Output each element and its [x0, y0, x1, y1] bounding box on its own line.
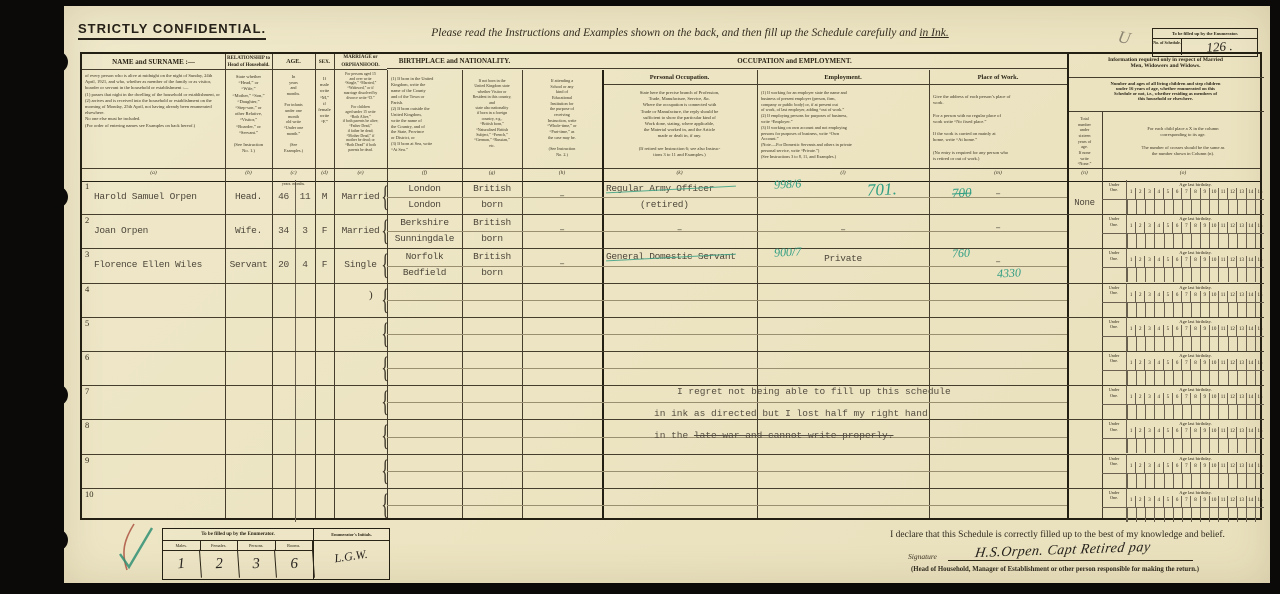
enumerator-count-value: 6 [275, 550, 314, 581]
age-grid-cell [1191, 439, 1200, 453]
age-grid-cell [1182, 474, 1191, 488]
row-divider-line [82, 214, 1264, 215]
age-grid-cell [1136, 371, 1145, 385]
age-grid-number: 15 [1255, 393, 1264, 404]
age-grid-cell [1255, 439, 1264, 453]
place-of-work-entry: – [929, 222, 1067, 233]
age-grid-cell [1164, 234, 1173, 248]
age-grid-number: 10 [1209, 462, 1218, 473]
age-grid-cell [1127, 439, 1136, 453]
age-years-entry: 34 [272, 225, 295, 236]
relationship-entry: Head. [225, 191, 272, 202]
age-grid-number: 2 [1135, 325, 1144, 336]
age-years-entry: 46 [272, 191, 295, 202]
age-grid-number: 2 [1135, 427, 1144, 438]
age-grid-number: 8 [1190, 188, 1199, 199]
age-grid-number: 3 [1144, 222, 1153, 233]
occupation-entry: – [602, 224, 757, 235]
col-body-nationality: If not born in the United Kingdom state … [464, 78, 520, 148]
age-grid-number: 15 [1255, 325, 1264, 336]
age-grid-cell [1145, 337, 1154, 351]
row-number: 9 [85, 455, 89, 465]
age-grid-cell [1173, 371, 1182, 385]
age-grid-number: 7 [1181, 325, 1190, 336]
age-grid-number: 8 [1190, 462, 1199, 473]
row-number: 6 [85, 352, 89, 362]
age-grid-cell [1228, 439, 1237, 453]
age-grid-number: 15 [1255, 256, 1264, 267]
age-grid-cell [1237, 474, 1246, 488]
age-grid-cell [1145, 371, 1154, 385]
column-letter: (b) [225, 170, 272, 176]
banner-occupation-employment: OCCUPATION and EMPLOYMENT. [522, 54, 1067, 69]
age-grid-cell [1237, 200, 1246, 214]
age-grid-cell [1136, 474, 1145, 488]
age-grid-number: 1 [1127, 496, 1135, 507]
age-grid-cell [1218, 303, 1227, 317]
banner-birthplace-nationality: BIRTHPLACE and NATIONALITY. [387, 54, 522, 69]
age-grid-cell [1228, 234, 1237, 248]
age-grid-cell [1255, 371, 1264, 385]
age-grid-number: 13 [1236, 256, 1245, 267]
age-grid-number: 13 [1236, 222, 1245, 233]
age-grid-number: 12 [1227, 188, 1236, 199]
age-grid-number: 15 [1255, 496, 1264, 507]
age-grid-number: 2 [1135, 188, 1144, 199]
age-grid-cell [1246, 268, 1255, 282]
age-grid-number: 7 [1181, 359, 1190, 370]
age-grid-number: 9 [1200, 325, 1209, 336]
age-grid-number: 2 [1135, 256, 1144, 267]
age-grid-number: 9 [1200, 496, 1209, 507]
age-grid-cell [1102, 474, 1127, 488]
age-grid-cell [1173, 234, 1182, 248]
age-grid-number: 4 [1154, 393, 1163, 404]
age-grid-number: 11 [1218, 222, 1227, 233]
age-grid-cell [1200, 371, 1209, 385]
column-letter: (k) [602, 170, 757, 176]
age-grid-cell [1255, 337, 1264, 351]
birthplace-brace: { [381, 490, 389, 520]
age-grid-number: 7 [1181, 222, 1190, 233]
enumerator-count-value: 3 [237, 550, 276, 581]
row-writing-line [387, 300, 1067, 301]
age-grid-cell [1218, 371, 1227, 385]
age-grid-cell [1173, 200, 1182, 214]
employment-code-green: 701. [866, 179, 897, 201]
age-grid-cell [1218, 200, 1227, 214]
age-grid-cell [1164, 268, 1173, 282]
row-number: 10 [85, 489, 94, 499]
age-last-birthday-label: Age last birthday. [1127, 317, 1264, 325]
column-letter: (d) [315, 170, 334, 176]
col-body-age: In years and months. For infants under o… [273, 74, 314, 153]
marriage-entry: Single [334, 259, 387, 270]
age-grid-cell [1228, 405, 1237, 419]
row-divider-line [82, 488, 1264, 489]
age-grid-cell [1154, 303, 1163, 317]
age-grid-cell [1173, 268, 1182, 282]
birthplace-brace: { [381, 387, 389, 417]
age-grid-cell [1182, 234, 1191, 248]
age-grid-number: 5 [1163, 359, 1172, 370]
age-grid-cell [1136, 508, 1145, 522]
punch-hole [46, 186, 68, 208]
column-letter: (o) [1102, 170, 1264, 176]
age-grid-number: 10 [1209, 359, 1218, 370]
row-divider-line [82, 454, 1264, 455]
row-divider-line [82, 385, 1264, 386]
age-grid-number: 6 [1172, 325, 1181, 336]
under-one-label: UnderOne. [1102, 488, 1127, 507]
age-grid-number: 8 [1190, 325, 1199, 336]
employment-entry: Private [757, 253, 929, 264]
birthplace-line1: Berkshire [387, 217, 462, 228]
age-grid-number: 12 [1227, 291, 1236, 302]
age-grid-cell [1136, 200, 1145, 214]
age-grid-cell [1182, 337, 1191, 351]
age-grid-cell [1209, 439, 1218, 453]
column-letter: (m) [929, 170, 1067, 176]
nationality-line2: born [462, 199, 522, 210]
row-divider-line [82, 317, 1264, 318]
age-grid-number: 9 [1200, 222, 1209, 233]
age-grid-number: 8 [1190, 256, 1199, 267]
age-grid-cell [1200, 474, 1209, 488]
age-grid-number: 1 [1127, 256, 1135, 267]
age-grid-number: 3 [1144, 325, 1153, 336]
col-body-marriage: For persons aged 15 and over write “Sing… [335, 72, 386, 152]
age-grid-cell [1246, 439, 1255, 453]
age-grid-cell [1218, 268, 1227, 282]
age-grid-cell [1102, 371, 1127, 385]
column-letter: (e) [334, 170, 387, 176]
row-writing-line [387, 334, 1067, 335]
age-grid-cell [1102, 439, 1127, 453]
age-grid-number: 13 [1236, 188, 1245, 199]
age-grid-cell [1127, 371, 1136, 385]
age-grid-number: 15 [1255, 427, 1264, 438]
age-grid-cell [1246, 371, 1255, 385]
age-grid-number: 4 [1154, 222, 1163, 233]
col-body-school: If attending a School or any kind of Edu… [525, 78, 599, 157]
col-body-relationship: State whether “Head,” or “Wife,” “Mother… [226, 74, 271, 154]
age-grid-number: 9 [1200, 291, 1209, 302]
birthplace-line1: London [387, 183, 462, 194]
age-grid-number: 1 [1127, 222, 1135, 233]
age-grid-number: 9 [1200, 462, 1209, 473]
age-grid-cell [1200, 439, 1209, 453]
age-grid-cell [1218, 474, 1227, 488]
age-grid-cell [1246, 303, 1255, 317]
col-body-employment: (1) If working for an employer state the… [761, 90, 925, 160]
age-grid-cell [1127, 234, 1136, 248]
age-grid-cell [1191, 371, 1200, 385]
age-grid-cell [1154, 508, 1163, 522]
age-grid-number: 15 [1255, 188, 1264, 199]
age-grid-number: 3 [1144, 256, 1153, 267]
column-letter: (a) [82, 170, 225, 176]
age-grid-cell [1246, 508, 1255, 522]
age-grid-cell [1173, 474, 1182, 488]
instruction-emphasis: in Ink. [919, 27, 948, 39]
age-grid-cell [1246, 234, 1255, 248]
col-body-name: of every person who is alive at midnight… [85, 73, 222, 129]
age-grid-cell [1255, 200, 1264, 214]
age-grid-number: 3 [1144, 427, 1153, 438]
age-grid-cell [1228, 268, 1237, 282]
age-grid-cell [1154, 234, 1163, 248]
age-grid-number: 9 [1200, 393, 1209, 404]
age-grid-number: 13 [1236, 325, 1245, 336]
col-title-age: AGE. [272, 54, 315, 70]
age-last-birthday-label: Age last birthday. [1127, 248, 1264, 256]
age-grid-cell [1237, 337, 1246, 351]
age-grid-cell [1228, 303, 1237, 317]
age-grid-number: 6 [1172, 496, 1181, 507]
sex-entry: F [315, 259, 334, 270]
age-grid-cell [1102, 234, 1127, 248]
col-body-place-of-work: Give the address of each person’s place … [933, 94, 1063, 162]
age-grid-number: 4 [1154, 427, 1163, 438]
col-body-sex: If male write “M,” if female write “F.” [315, 76, 334, 126]
age-grid-number: 2 [1135, 496, 1144, 507]
census-schedule-photo: STRICTLY CONFIDENTIAL. Please read the I… [0, 0, 1280, 594]
age-grid-number: 14 [1246, 256, 1255, 267]
age-grid-number: 7 [1181, 393, 1190, 404]
age-grid-number: 6 [1172, 256, 1181, 267]
age-grid-number: 14 [1246, 325, 1255, 336]
age-grid-cell [1145, 200, 1154, 214]
table-section-line [1067, 54, 1069, 518]
age-grid-cell [1102, 405, 1127, 419]
age-last-birthday-label: Age last birthday. [1127, 214, 1264, 222]
col-title-sex: SEX. [315, 54, 334, 70]
col-title-occupation: Personal Occupation. [602, 70, 757, 85]
age-grid-cell [1191, 508, 1200, 522]
age-grid-number: 6 [1172, 359, 1181, 370]
age-grid-cell [1145, 405, 1154, 419]
age-grid-cell [1218, 508, 1227, 522]
age-grid-cell [1237, 234, 1246, 248]
table-vertical-line [315, 54, 316, 518]
age-grid-number: 10 [1209, 393, 1218, 404]
age-grid-cell [1145, 234, 1154, 248]
age-grid-cell [1173, 405, 1182, 419]
age-grid-cell [1200, 508, 1209, 522]
age-grid-number: 1 [1127, 325, 1135, 336]
age-grid-number: 15 [1255, 222, 1264, 233]
age-grid-cell [1145, 303, 1154, 317]
age-grid-cell [1164, 303, 1173, 317]
age-grid-number: 12 [1227, 393, 1236, 404]
age-grid-number: 11 [1218, 462, 1227, 473]
children-age-grid: UnderOne.Age last birthday.1234567891011… [1102, 214, 1264, 248]
row-divider-line [82, 248, 1264, 249]
age-last-birthday-label: Age last birthday. [1127, 454, 1264, 462]
row-number: 7 [85, 386, 89, 396]
age-grid-number: 12 [1227, 496, 1236, 507]
age-grid-number: 14 [1246, 462, 1255, 473]
age-grid-cell [1136, 439, 1145, 453]
age-grid-number: 8 [1190, 291, 1199, 302]
age-grid-cell [1145, 439, 1154, 453]
children-age-grid: UnderOne.Age last birthday.1234567891011… [1102, 283, 1264, 317]
age-grid-cell [1237, 268, 1246, 282]
age-grid-number: 12 [1227, 325, 1236, 336]
under-one-label: UnderOne. [1102, 214, 1127, 233]
age-grid-number: 3 [1144, 359, 1153, 370]
age-grid-cell [1154, 337, 1163, 351]
age-grid-cell [1218, 337, 1227, 351]
age-grid-number: 10 [1209, 427, 1218, 438]
age-grid-number: 6 [1172, 393, 1181, 404]
age-grid-number: 6 [1172, 291, 1181, 302]
age-grid-cell [1191, 303, 1200, 317]
age-grid-number: 2 [1135, 291, 1144, 302]
age-grid-cell [1255, 405, 1264, 419]
age-grid-cell [1182, 371, 1191, 385]
age-grid-cell [1164, 508, 1173, 522]
age-grid-number: 7 [1181, 291, 1190, 302]
age-grid-number: 7 [1181, 188, 1190, 199]
marriage-entry: Married [334, 225, 387, 236]
age-grid-number: 4 [1154, 462, 1163, 473]
occupation-line2: (retired) [602, 199, 757, 210]
declaration-text: I declare that this Schedule is correctl… [860, 530, 1255, 540]
birthplace-brace: { [381, 456, 389, 486]
age-grid-number: 11 [1218, 188, 1227, 199]
place-of-work-entry: – [929, 188, 1067, 199]
age-grid-number: 15 [1255, 291, 1264, 302]
age-grid-number: 1 [1127, 462, 1135, 473]
apology-note-line3-struck: late war and cannot write properly. [694, 430, 894, 441]
age-grid-number: 1 [1127, 291, 1135, 302]
age-grid-cell [1136, 268, 1145, 282]
age-grid-cell [1191, 234, 1200, 248]
age-grid-cell [1209, 200, 1218, 214]
row-writing-line [387, 471, 1067, 472]
age-grid-cell [1127, 474, 1136, 488]
age-grid-number: 14 [1246, 496, 1255, 507]
stray-mark: ) [369, 289, 373, 301]
age-grid-cell [1173, 337, 1182, 351]
age-grid-cell [1228, 508, 1237, 522]
birthplace-brace: { [381, 421, 389, 451]
age-grid-number: 2 [1135, 222, 1144, 233]
under-one-label: UnderOne. [1102, 419, 1127, 438]
under-one-label: UnderOne. [1102, 454, 1127, 473]
age-grid-number: 11 [1218, 325, 1227, 336]
age-grid-number: 10 [1209, 222, 1218, 233]
row-number: 5 [85, 318, 89, 328]
age-grid-cell [1191, 337, 1200, 351]
info-right-subtitle: Number and ages of all living children a… [1067, 78, 1264, 112]
age-grid-number: 2 [1135, 462, 1144, 473]
age-grid-cell [1209, 508, 1218, 522]
age-grid-cell [1127, 268, 1136, 282]
age-grid-number: 14 [1246, 427, 1255, 438]
age-grid-number: 12 [1227, 462, 1236, 473]
age-grid-number: 11 [1218, 496, 1227, 507]
enumerator-box-labels: Males.Females.Persons.Rooms. [163, 541, 313, 551]
age-grid-number: 3 [1144, 393, 1153, 404]
children-age-grid: UnderOne.Age last birthday.1234567891011… [1102, 248, 1264, 282]
birthplace-brace: { [381, 319, 389, 349]
person-name: Florence Ellen Wiles [94, 259, 202, 270]
age-grid-number: 12 [1227, 427, 1236, 438]
age-years-entry: 20 [272, 259, 295, 270]
age-grid-number: 14 [1246, 291, 1255, 302]
enumerator-tick-mark [112, 520, 162, 580]
row-divider-line [82, 351, 1264, 352]
under-one-label: UnderOne. [1102, 248, 1127, 267]
under-one-label: UnderOne. [1102, 283, 1127, 302]
age-grid-cell [1145, 474, 1154, 488]
enumerator-count-value: 1 [162, 550, 201, 581]
age-grid-number: 13 [1236, 427, 1245, 438]
age-grid-number: 4 [1154, 188, 1163, 199]
age-grid-cell [1209, 234, 1218, 248]
column-letter: (c) [272, 170, 315, 176]
age-grid-number: 10 [1209, 256, 1218, 267]
age-grid-cell [1246, 200, 1255, 214]
school-entry: – [522, 224, 602, 235]
age-grid-number: 6 [1172, 427, 1181, 438]
age-grid-cell [1228, 474, 1237, 488]
age-grid-cell [1246, 337, 1255, 351]
table-vertical-line [225, 54, 226, 518]
age-grid-number: 2 [1135, 359, 1144, 370]
age-grid-number: 11 [1218, 427, 1227, 438]
age-last-birthday-label: Age last birthday. [1127, 180, 1264, 188]
age-grid-number: 15 [1255, 359, 1264, 370]
age-grid-cell [1154, 268, 1163, 282]
age-grid-number: 9 [1200, 188, 1209, 199]
age-grid-cell [1136, 337, 1145, 351]
age-grid-cell [1164, 405, 1173, 419]
children-age-grid: UnderOne.Age last birthday.1234567891011… [1102, 419, 1264, 453]
age-grid-number: 15 [1255, 462, 1264, 473]
table-section-line [602, 70, 604, 518]
table-vertical-line [272, 54, 273, 518]
enumerator-count-label: Males. [163, 541, 201, 550]
age-grid-cell [1228, 200, 1237, 214]
children-age-grid: UnderOne.Age last birthday.1234567891011… [1102, 180, 1264, 214]
under-one-label: UnderOne. [1102, 180, 1127, 199]
age-months-entry: 3 [295, 225, 315, 236]
age-grid-cell [1228, 337, 1237, 351]
age-last-birthday-label: Age last birthday. [1127, 283, 1264, 291]
apology-note-line2: in ink as directed but I lost half my ri… [654, 408, 928, 419]
school-entry: – [522, 258, 602, 269]
age-grid-cell [1136, 303, 1145, 317]
col-title-employment: Employment. [757, 70, 929, 85]
age-grid-number: 4 [1154, 291, 1163, 302]
age-grid-cell [1218, 439, 1227, 453]
punch-hole [46, 51, 68, 73]
age-grid-cell [1154, 405, 1163, 419]
age-grid-number: 6 [1172, 462, 1181, 473]
age-grid-number: 4 [1154, 325, 1163, 336]
age-grid-number: 13 [1236, 496, 1245, 507]
age-grid-cell [1127, 200, 1136, 214]
age-grid-number: 1 [1127, 427, 1135, 438]
age-units-label: years. months. [272, 181, 315, 186]
age-grid-cell [1173, 508, 1182, 522]
age-grid-cell [1237, 439, 1246, 453]
age-grid-cell [1200, 268, 1209, 282]
